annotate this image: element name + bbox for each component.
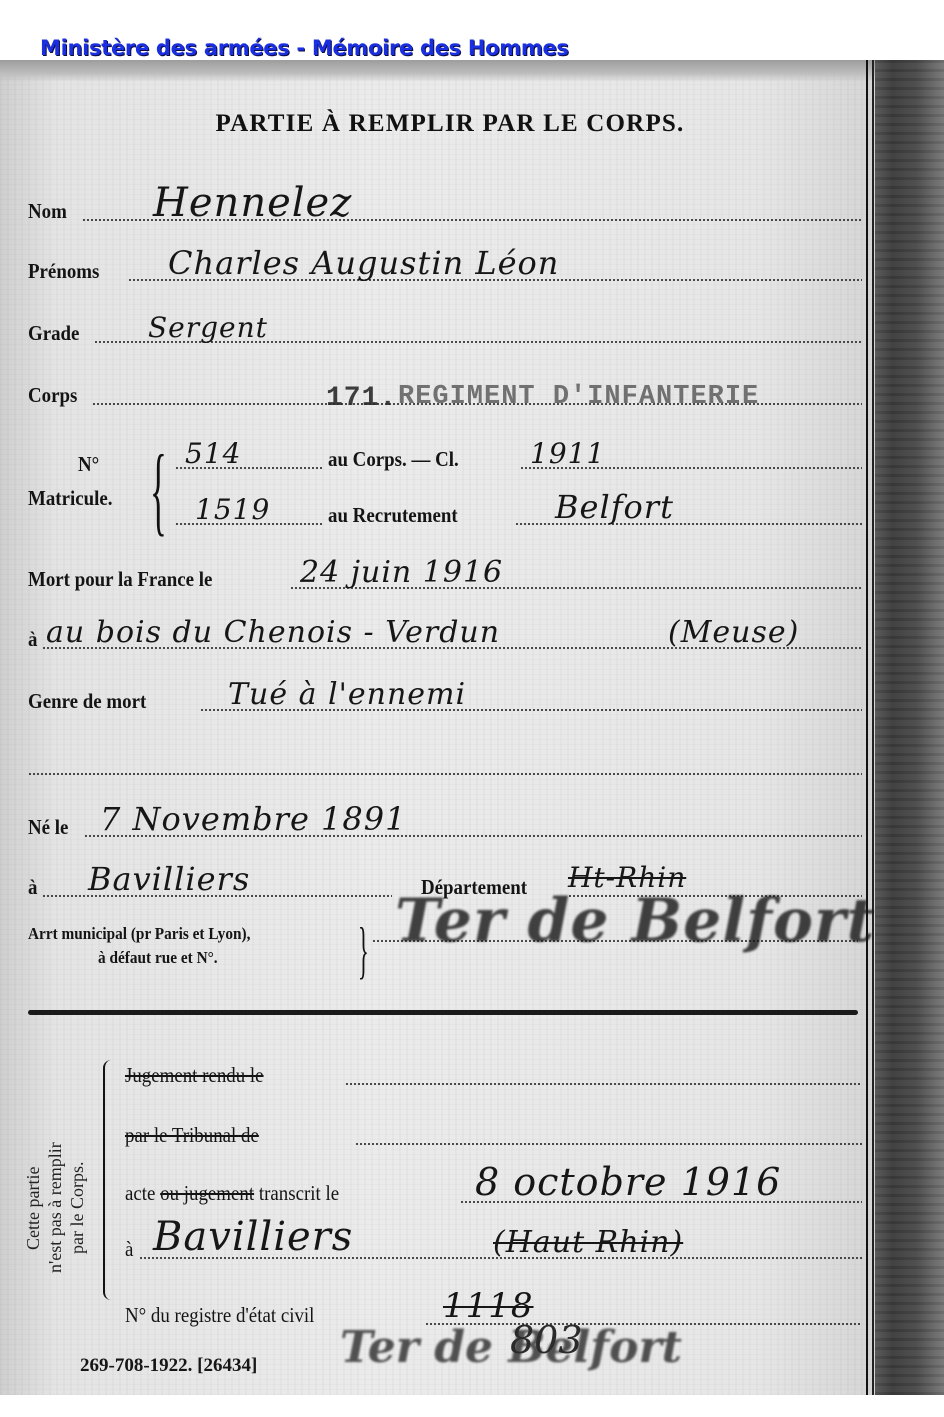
label-mort: Mort pour la France le [28, 567, 212, 592]
value-ne-le: 7 Novembre 1891 [100, 800, 406, 838]
value-matricule-recrutement: 1519 [195, 493, 270, 526]
value-departement-mort: (Meuse) [668, 615, 799, 650]
field-jugement: Jugement rendu le [125, 1056, 862, 1090]
value-departement: Ter de Belfort [395, 886, 875, 956]
value-nom: Hennelez [153, 180, 352, 226]
label-au-corps: au Corps. — Cl. [328, 447, 459, 472]
value-lieu-struck: (Haut Rhin) [493, 1225, 683, 1260]
value-grade: Sergent [148, 311, 268, 344]
value-classe: 1911 [530, 437, 605, 470]
field-genre-mort: Genre de mort Tué à l'ennemi [28, 682, 862, 716]
fill-line [355, 1143, 862, 1145]
field-corps: Corps 171. REGIMENT D'INFANTERIE [28, 376, 862, 410]
value-lieu-naissance: Bavilliers [88, 860, 250, 898]
value-prenoms: Charles Augustin Léon [168, 244, 559, 282]
label-lieu-naissance: à [28, 875, 37, 900]
label-jugement: Jugement rendu le [125, 1063, 264, 1088]
field-transcrit: acte ou jugement transcrit le 8 octobre … [125, 1174, 862, 1208]
fill-line [28, 773, 862, 775]
label-corps: Corps [28, 383, 77, 408]
form-reference-code: 269-708-1922. [26434] [80, 1355, 257, 1377]
brace: } [358, 918, 369, 982]
label-part: acte [125, 1181, 160, 1205]
label-genre-mort: Genre de mort [28, 689, 146, 714]
value-recrutement: Belfort [555, 488, 674, 526]
label-part: transcrit le [254, 1181, 339, 1205]
label-nom: Nom [28, 199, 67, 224]
field-lieu-mort: à au bois du Chenois - Verdun (Meuse) [28, 620, 862, 654]
label-registre: N° du registre d'état civil [125, 1303, 314, 1328]
label-transcrit: acte ou jugement transcrit le [125, 1181, 339, 1206]
record-card: PARTIE À REMPLIR PAR LE CORPS. Nom Henne… [0, 60, 944, 1395]
value-lieu-transcription: Bavilliers [153, 1214, 353, 1260]
field-nom: Nom Hennelez [28, 192, 862, 226]
section-divider [28, 1010, 858, 1015]
fill-line [345, 1083, 862, 1085]
field-lieu-transcription: à Bavilliers (Haut Rhin) [125, 1230, 862, 1264]
site-watermark: Ministère des armées - Mémoire des Homme… [40, 36, 569, 60]
card-heading: PARTIE À REMPLIR PAR LE CORPS. [0, 110, 900, 138]
label-prenoms: Prénoms [28, 259, 99, 284]
brace: { [150, 440, 167, 540]
paper-edge [0, 60, 944, 82]
matricule-recrutement-line: 1519 au Recrutement Belfort [175, 496, 862, 530]
label-ne-le: Né le [28, 815, 68, 840]
margin-line [866, 60, 868, 1395]
side-note-line: par le Corps. [66, 1103, 88, 1313]
label-lieu-transcription: à [125, 1237, 133, 1262]
binding-strip [875, 60, 944, 1395]
value-correction-note: Ter de Belfort [340, 1322, 682, 1373]
field-prenoms: Prénoms Charles Augustin Léon [28, 252, 862, 286]
field-mort: Mort pour la France le 24 juin 1916 [28, 560, 862, 594]
stamp-regiment-number: 171. [326, 383, 397, 414]
side-note-line: Cette partie [22, 1103, 44, 1313]
label-lieu-mort: à [28, 627, 37, 652]
value-matricule-corps: 514 [185, 437, 241, 470]
value-transcrit-date: 8 octobre 1916 [475, 1160, 781, 1204]
side-note: Cette partie n'est pas à remplir par le … [22, 1103, 122, 1313]
side-note-line: n'est pas à remplir [44, 1103, 66, 1313]
field-grade: Grade Sergent [28, 314, 862, 348]
field-tribunal: par le Tribunal de [125, 1116, 862, 1150]
label-grade: Grade [28, 321, 79, 346]
stamp-regiment-text: REGIMENT D'INFANTERIE [398, 382, 759, 412]
label-au-recrutement: au Recrutement [328, 503, 458, 528]
margin-line [872, 60, 874, 1395]
matricule-corps-line: 514 au Corps. — Cl. 1911 [175, 440, 862, 474]
label-tribunal: par le Tribunal de [125, 1123, 259, 1148]
field-ne-le: Né le 7 Novembre 1891 [28, 808, 862, 842]
value-lieu-mort: au bois du Chenois - Verdun [46, 615, 500, 650]
label-part-struck: ou jugement [160, 1181, 254, 1205]
value-date-mort: 24 juin 1916 [300, 555, 503, 590]
value-genre-mort: Tué à l'ennemi [228, 677, 466, 712]
field-blank [28, 746, 862, 780]
